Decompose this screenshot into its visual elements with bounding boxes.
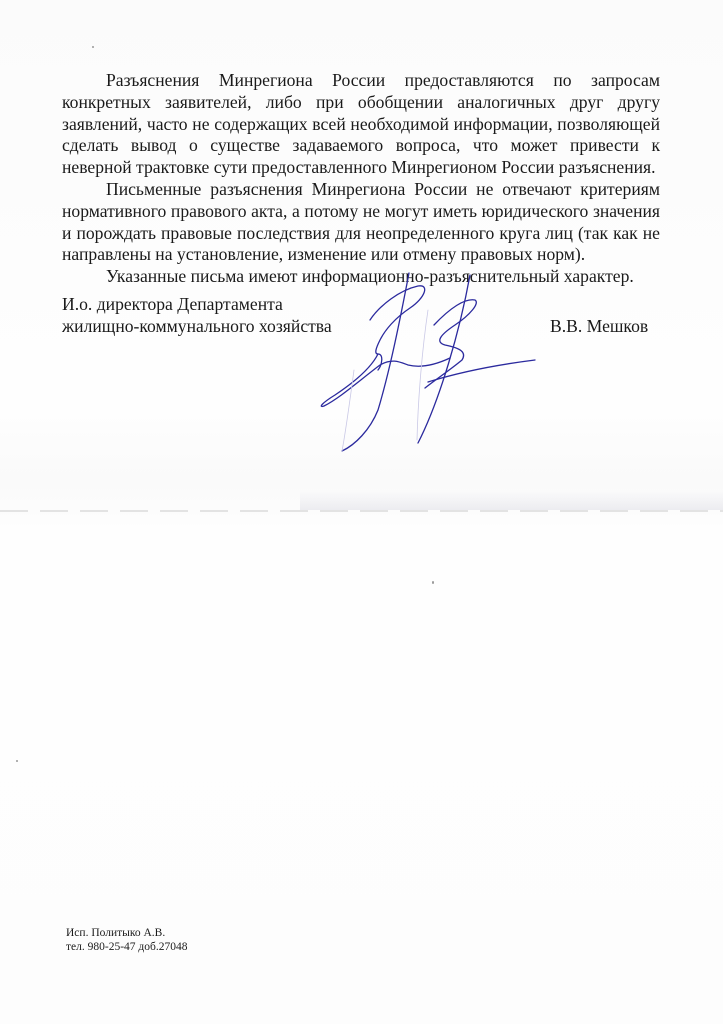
signer-position-line1: И.о. директора Департамента [62,294,332,316]
letter-body: Разъяснения Минрегиона России предоставл… [62,70,660,288]
signer-position-line2: жилищно-коммунального хозяйства [62,316,332,338]
paragraph-legal-status: Письменные разъяснения Минрегиона России… [62,179,660,266]
signer-name: В.В. Мешков [550,316,648,338]
fold-shadow [300,490,723,510]
paragraph-clarifications-basis: Разъяснения Минрегиона России предоставл… [62,70,660,179]
scan-speck [92,46,94,48]
signer-position: И.о. директора Департамента жилищно-комм… [62,294,332,338]
executor-phone: тел. 980-25-47 доб.27048 [66,940,187,954]
footer-executor-info: Исп. Политыко А.В. тел. 980-25-47 доб.27… [66,926,187,954]
paper-fold-line [0,510,723,512]
scanned-page: Разъяснения Минрегиона России предоставл… [0,0,723,1024]
handwritten-signature [300,270,540,460]
scan-speck [432,581,434,584]
executor-name: Исп. Политыко А.В. [66,926,187,940]
scan-speck [16,760,18,762]
